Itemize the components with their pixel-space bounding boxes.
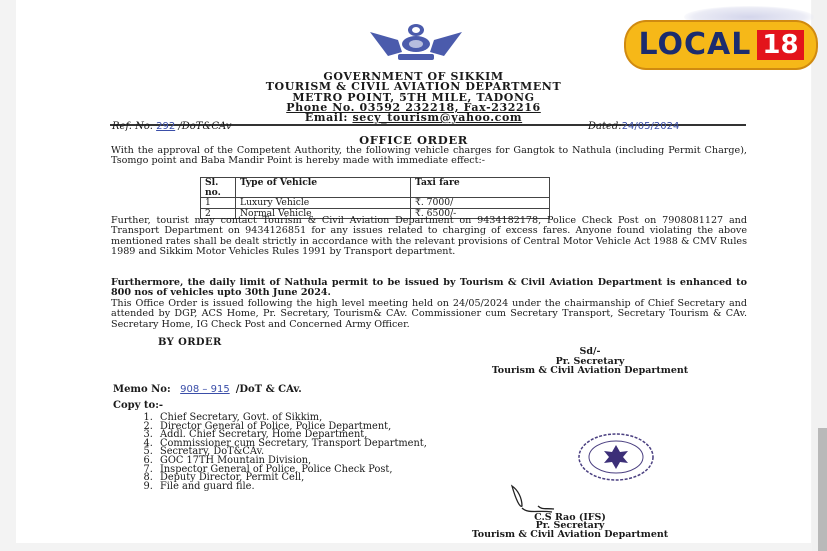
local18-logo: LOCAL 18 [624,14,816,66]
list-item: File and guard file. [156,483,427,492]
paragraph-approval: With the approval of the Competent Autho… [111,146,747,167]
scrollbar-thumb[interactable] [818,428,827,551]
ref-suffix: /DoT&CAv [175,121,231,132]
date-label: Dated: [588,121,622,132]
email-link: secy_tourism@yahoo.com [352,111,522,124]
signatory-department: Tourism & Civil Aviation Department [400,531,740,539]
copy-to-list: Chief Secretary, Govt. of Sikkim, Direct… [112,414,427,491]
signatory-department: Tourism & Civil Aviation Department [440,366,740,376]
memo-label: Memo No: [113,384,174,395]
memo-number: Memo No: 908 – 915/DoT & CAv. [113,384,302,395]
table-row: 1 Luxury Vehicle ₹. 7000/ [201,198,550,209]
cell-fare: ₹. 7000/ [411,198,550,209]
cell-vehicle-type: Luxury Vehicle [236,198,411,209]
memo-suffix: /DoT & CAv. [236,384,302,395]
sikkim-emblem-icon [368,18,464,66]
badge-number: 18 [757,30,803,60]
fare-table: Sl. no. Type of Vehicle Taxi fare 1 Luxu… [200,177,550,219]
official-seal-icon [576,432,656,482]
copy-to-label: Copy to:- [113,400,163,411]
fare-table-header: Sl. no. Type of Vehicle Taxi fare [201,178,550,198]
memo-number-handwritten: 908 – 915 [174,384,236,395]
header-vehicle-type: Type of Vehicle [236,178,411,198]
reference-number: Ref. No. 292 /DoT&CAv [112,121,231,132]
order-date: Dated:24/05/2024 [588,121,679,132]
local18-badge: LOCAL 18 [624,20,818,70]
email-label: Email: [305,111,353,124]
paragraph-permit-limit: Furthermore, the daily limit of Nathula … [111,278,747,299]
paragraph-meeting: This Office Order is issued following th… [111,299,747,330]
cell-sl-no: 1 [201,198,236,209]
header-taxi-fare: Taxi fare [411,178,550,198]
signatory-block-2: C.S Rao (IFS) Pr. Secretary Tourism & Ci… [400,514,740,539]
badge-text: LOCAL [638,30,751,60]
ref-label: Ref. No. [112,121,156,132]
date-value: 24/05/2024 [622,121,680,132]
signatory-block-1: Sd/- Pr. Secretary Tourism & Civil Aviat… [440,347,740,376]
ref-number-handwritten: 292 [156,121,175,132]
paragraph-contacts: Further, tourist may contact Tourism & C… [111,216,747,258]
header-sl-no: Sl. no. [201,178,236,198]
by-order: BY ORDER [158,337,222,348]
